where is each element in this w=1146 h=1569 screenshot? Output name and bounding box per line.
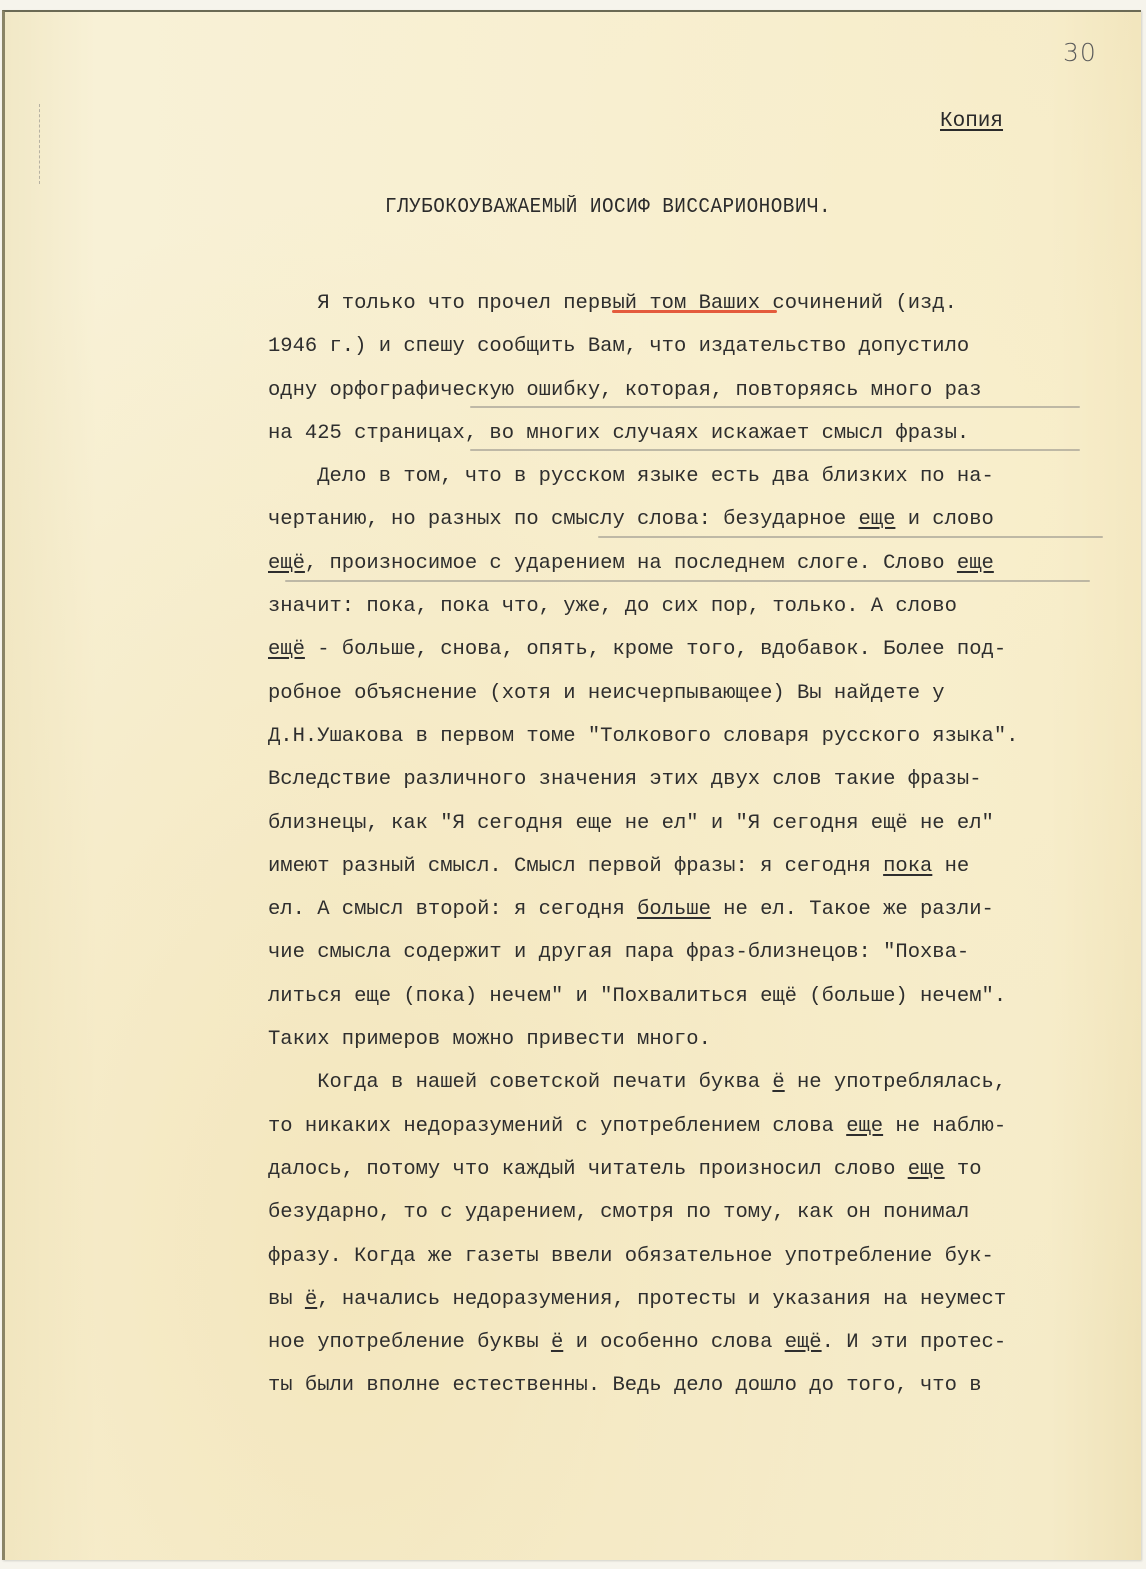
text-line: фразу. Когда же газеты ввели обязательно… [268, 1235, 1118, 1278]
letter-body: Я только что прочел первый том Ваших соч… [268, 282, 1118, 1408]
underlined-word: ещё [268, 552, 305, 575]
text-line: Д.Н.Ушакова в первом томе "Толкового сло… [268, 715, 1118, 758]
text-line: далось, потому что каждый читатель произ… [268, 1148, 1118, 1191]
margin-pencil-marks [39, 104, 44, 184]
text-line: то никаких недоразумений с употреблением… [268, 1105, 1118, 1148]
text-line: близнецы, как "Я сегодня еще не ел" и "Я… [268, 802, 1118, 845]
underlined-word: еще [859, 508, 896, 531]
text-line: Таких примеров можно привести много. [268, 1018, 1118, 1061]
text-line: чертанию, но разных по смыслу слова: без… [268, 498, 1118, 541]
text-line: ел. А смысл второй: я сегодня больше не … [268, 888, 1118, 931]
text-line: ещё, произносимое с ударением на последн… [268, 542, 1118, 585]
underlined-word: ё [772, 1071, 784, 1094]
underlined-word: ё [305, 1288, 317, 1311]
underlined-word: еще [957, 552, 994, 575]
underlined-word: ещё [268, 638, 305, 661]
text-line: 1946 г.) и спешу сообщить Вам, что издат… [268, 325, 1118, 368]
text-line: вы ё, начались недоразумения, протесты и… [268, 1278, 1118, 1321]
text-line: ты были вполне естественны. Ведь дело до… [268, 1364, 1118, 1407]
text-line: значит: пока, пока что, уже, до сих пор,… [268, 585, 1118, 628]
text-line: имеют разный смысл. Смысл первой фразы: … [268, 845, 1118, 888]
underlined-word: еще [846, 1115, 883, 1138]
text-line: на 425 страницах, во многих случаях иска… [268, 412, 1118, 455]
text-line: чие смысла содержит и другая пара фраз-б… [268, 931, 1118, 974]
underlined-word: еще [908, 1158, 945, 1181]
salutation-heading: ГЛУБОКОУВАЖАЕМЫЙ ИОСИФ ВИССАРИОНОВИЧ. [385, 196, 831, 219]
page-number: 30 [1063, 38, 1097, 67]
text-line: ещё - больше, снова, опять, кроме того, … [268, 628, 1118, 671]
text-line: Вследствие различного значения этих двух… [268, 758, 1118, 801]
text-line: Когда в нашей советской печати буква ё н… [268, 1061, 1118, 1104]
text-line: одну орфографическую ошибку, которая, по… [268, 369, 1118, 412]
text-line: Я только что прочел первый том Ваших соч… [268, 282, 1118, 325]
text-line: литься еще (пока) нечем" и "Похвалиться … [268, 975, 1118, 1018]
underlined-word: ё [551, 1331, 563, 1354]
text-line: Дело в том, что в русском языке есть два… [268, 455, 1118, 498]
underlined-word: ещё [785, 1331, 822, 1354]
underlined-word: больше [637, 898, 711, 921]
scanned-page: 30 Копия ГЛУБОКОУВАЖАЕМЫЙ ИОСИФ ВИССАРИО… [0, 0, 1146, 1569]
marked-phrase: первый том [563, 292, 686, 315]
text-line: робное объяснение (хотя и неисчерпывающе… [268, 672, 1118, 715]
text-line: ное употребление буквы ё и особенно слов… [268, 1321, 1118, 1364]
copy-label: Копия [940, 110, 1003, 133]
text-line: безударно, то с ударением, смотря по том… [268, 1191, 1118, 1234]
underlined-word: пока [883, 855, 932, 878]
